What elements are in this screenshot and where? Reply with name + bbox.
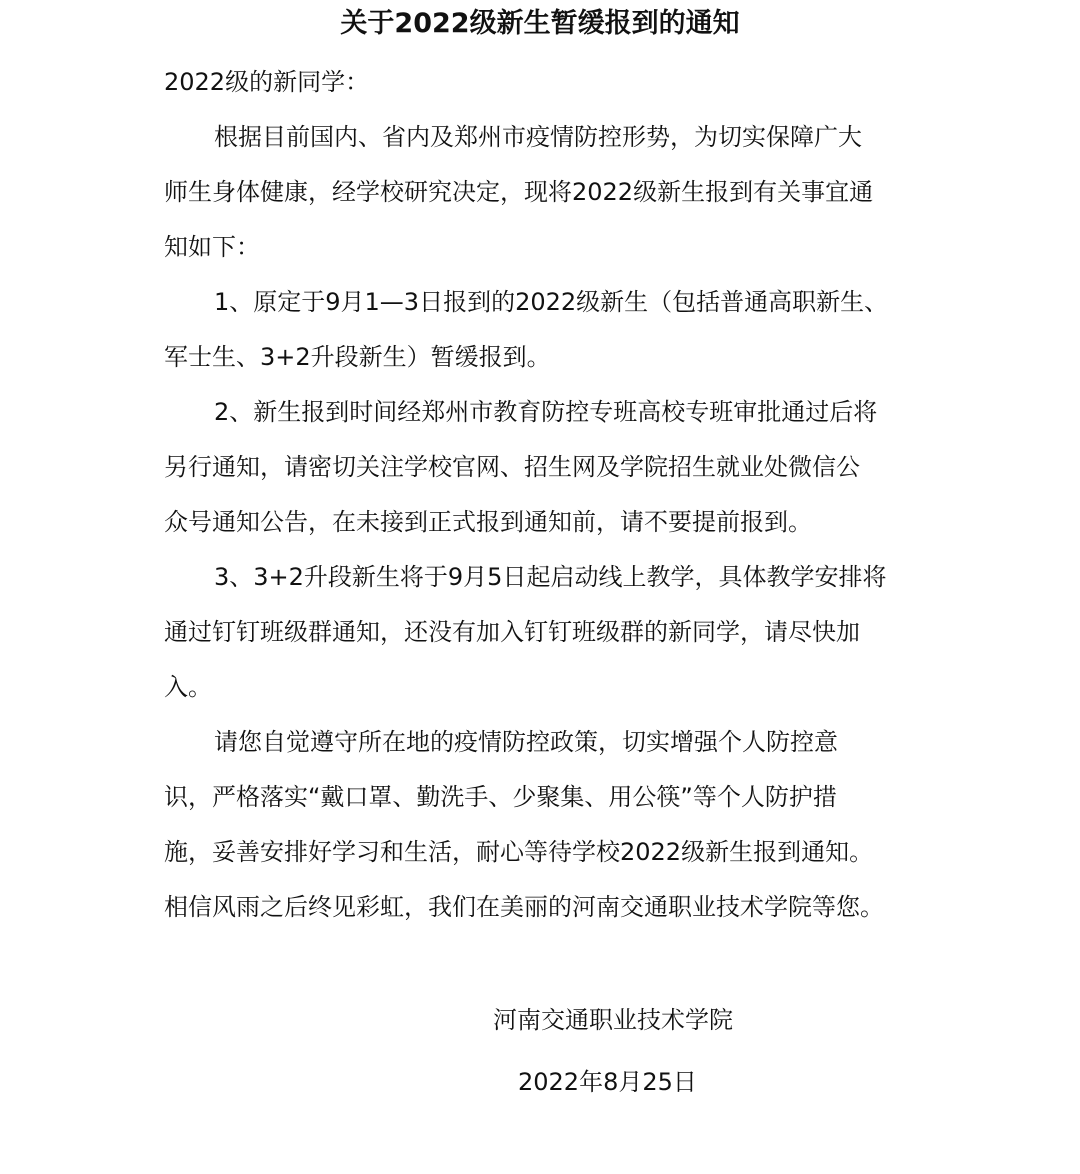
paragraph-line: 师生身体健康，经学校研究决定，现将2022级新生报到有关事宜通 bbox=[164, 165, 924, 220]
paragraph-intro: 根据目前国内、省内及郑州市疫情防控形势，为切实保障广大 师生身体健康，经学校研究… bbox=[164, 110, 924, 275]
signature-organization: 河南交通职业技术学院 bbox=[493, 1000, 733, 1035]
paragraph-closing: 请您自觉遵守所在地的疫情防控政策，切实增强个人防控意 识，严格落实“戴口罩、勤洗… bbox=[164, 715, 924, 935]
paragraph-line: 请您自觉遵守所在地的疫情防控政策，切实增强个人防控意 bbox=[164, 715, 924, 770]
paragraph-line: 3、3+2升段新生将于9月5日起启动线上教学，具体教学安排将 bbox=[164, 550, 924, 605]
paragraph-line: 相信风雨之后终见彩虹，我们在美丽的河南交通职业技术学院等您。 bbox=[164, 880, 924, 935]
greeting: 2022级的新同学： bbox=[164, 60, 924, 110]
paragraph-line: 施，妥善安排好学习和生活，耐心等待学校2022级新生报到通知。 bbox=[164, 825, 924, 880]
paragraph-item-3: 3、3+2升段新生将于9月5日起启动线上教学，具体教学安排将 通过钉钉班级群通知… bbox=[164, 550, 924, 715]
paragraph-line: 1、原定于9月1—3日报到的2022级新生（包括普通高职新生、 bbox=[164, 275, 924, 330]
paragraph-item-2: 2、新生报到时间经郑州市教育防控专班高校专班审批通过后将 另行通知，请密切关注学… bbox=[164, 385, 924, 550]
paragraph-line: 识，严格落实“戴口罩、勤洗手、少聚集、用公筷”等个人防护措 bbox=[164, 770, 924, 825]
paragraph-line: 2、新生报到时间经郑州市教育防控专班高校专班审批通过后将 bbox=[164, 385, 924, 440]
paragraph-line: 通过钉钉班级群通知，还没有加入钉钉班级群的新同学，请尽快加 bbox=[164, 605, 924, 660]
paragraph-line: 知如下： bbox=[164, 220, 924, 275]
document-body: 2022级的新同学： 根据目前国内、省内及郑州市疫情防控形势，为切实保障广大 师… bbox=[164, 60, 924, 935]
paragraph-line: 军士生、3+2升段新生）暂缓报到。 bbox=[164, 330, 924, 385]
paragraph-line: 众号通知公告，在未接到正式报到通知前，请不要提前报到。 bbox=[164, 495, 924, 550]
paragraph-item-1: 1、原定于9月1—3日报到的2022级新生（包括普通高职新生、 军士生、3+2升… bbox=[164, 275, 924, 385]
paragraph-line: 另行通知，请密切关注学校官网、招生网及学院招生就业处微信公 bbox=[164, 440, 924, 495]
paragraph-line: 入。 bbox=[164, 660, 924, 715]
signature-date: 2022年8月25日 bbox=[518, 1062, 697, 1097]
paragraph-line: 根据目前国内、省内及郑州市疫情防控形势，为切实保障广大 bbox=[164, 110, 924, 165]
document-title: 关于2022级新生暂缓报到的通知 bbox=[0, 4, 1080, 44]
